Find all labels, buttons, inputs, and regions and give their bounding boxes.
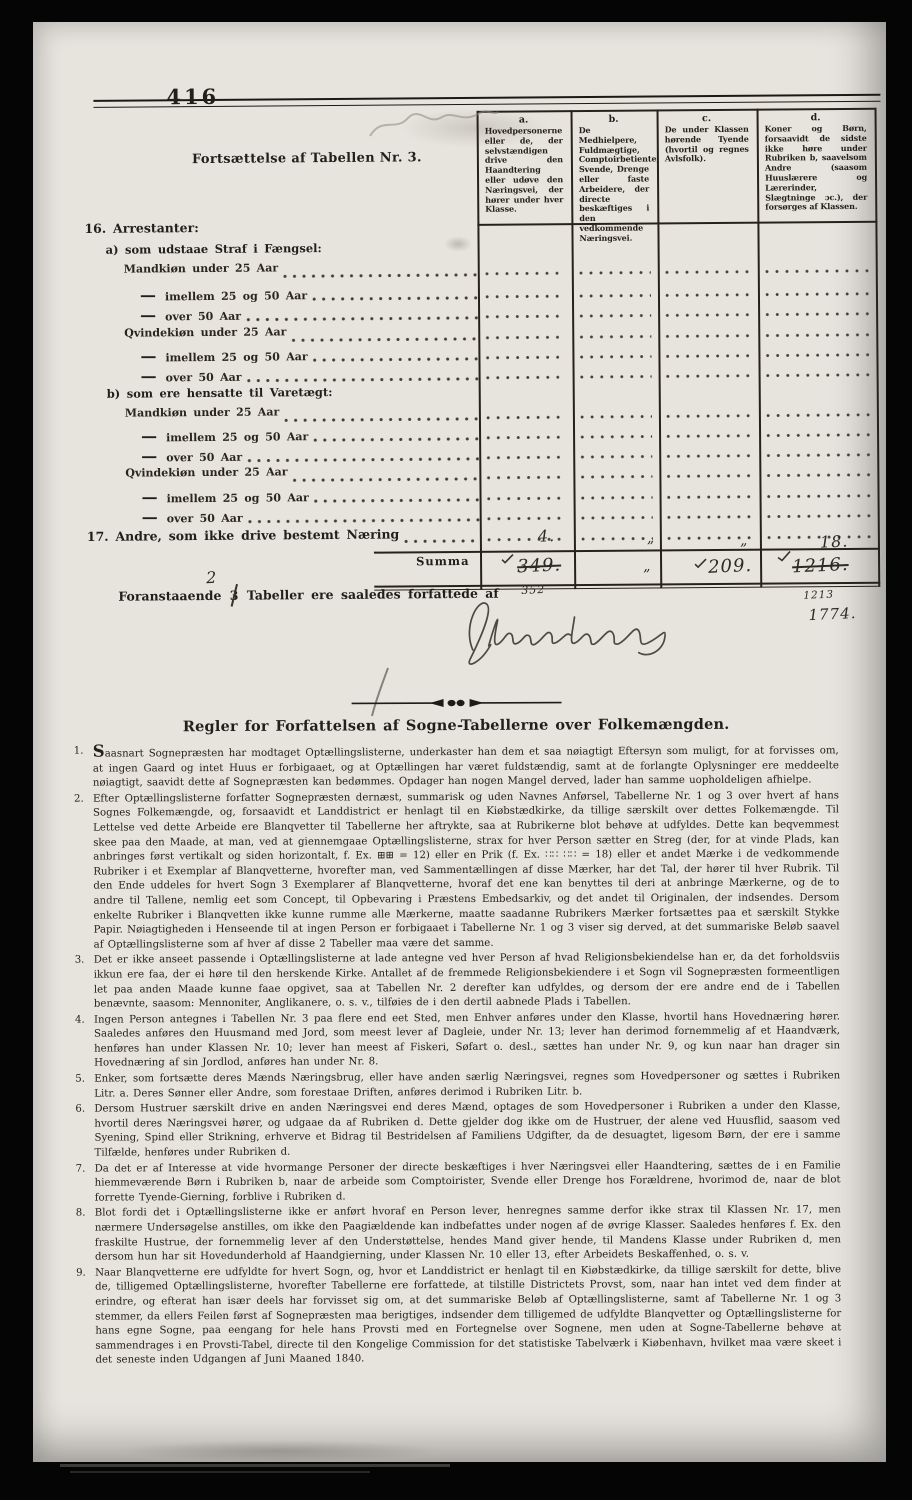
dotted-cell-fill — [667, 514, 753, 521]
dotted-cell-fill — [765, 352, 871, 359]
table-cell — [573, 402, 659, 423]
handwritten-sum-a-struck: 349. — [517, 554, 562, 577]
dotted-cell-fill — [581, 494, 653, 501]
ditto-dash: — — [142, 507, 158, 526]
table-cell — [658, 258, 758, 279]
table-cell — [479, 443, 573, 464]
table-cell — [658, 362, 758, 383]
table-cell — [478, 282, 572, 303]
paragraph-text: Naar Blanqvetterne ere udfyldte for hver… — [95, 1263, 841, 1368]
ditto-dash: — — [141, 366, 157, 385]
paragraph-number: 6. — [75, 1103, 85, 1118]
paragraph-text: Dersom Hustruer særskilt drive en anden … — [94, 1100, 840, 1162]
table-cell — [480, 504, 574, 525]
table-cell — [478, 302, 572, 323]
row-label: Qvindekiøn under 25 Aar — [125, 465, 292, 479]
dotted-cell-fill — [486, 454, 566, 461]
table-cell — [759, 461, 879, 482]
table-cell — [573, 462, 659, 483]
dotted-cell-fill — [665, 292, 751, 299]
paragraph-text: Da det er af Interesse at vide hvormange… — [95, 1159, 841, 1206]
table-cell — [479, 363, 573, 384]
dotted-cell-fill — [486, 474, 566, 481]
summa-label: Summa — [416, 554, 470, 568]
dotted-cell-fill — [766, 372, 872, 379]
pen-tick-icon — [777, 550, 792, 562]
dotted-cell-fill — [580, 453, 652, 460]
dotted-cell-fill — [579, 312, 651, 319]
table-cell — [659, 483, 759, 504]
row-label: Qvindekiøn under 25 Aar — [124, 325, 291, 339]
handwritten-grand-total: 1774. — [808, 604, 857, 624]
table-cell — [660, 503, 760, 524]
rule-paragraph: 3.Det er ikke anseet passende i Optællin… — [75, 951, 840, 1013]
table-cell — [659, 442, 759, 463]
dotted-leader — [314, 491, 480, 506]
column-header-b: b. De Medhielpere, Fuldmægtige, Comptoir… — [573, 112, 656, 221]
dotted-cell-fill — [580, 473, 652, 480]
ornament-divider — [74, 692, 839, 715]
row-label: imellem 25 og 50 Aar — [167, 491, 314, 505]
table-cell — [758, 321, 878, 342]
dotted-cell-fill — [666, 373, 752, 380]
table-cell — [572, 258, 658, 279]
dotted-cell-fill — [485, 313, 565, 320]
ditto-dash: — — [140, 305, 156, 324]
ditto-dash: — — [141, 487, 157, 506]
handwritten-correction-2: 2 — [206, 568, 218, 587]
handwritten-value-row17-a: 4. — [537, 526, 555, 546]
table-cell — [659, 422, 759, 443]
dotted-cell-fill — [665, 333, 751, 340]
table-cell — [658, 301, 758, 322]
dotted-cell-fill — [665, 269, 751, 276]
paragraph-text: Blot fordi det i Optællingslisterne ikke… — [95, 1204, 841, 1266]
table-cell — [479, 463, 573, 484]
dotted-cell-fill — [579, 270, 651, 277]
table-body: 16. Arrestanter:a) som udstaae Straf i F… — [0, 0, 910, 4]
table-cell — [572, 281, 658, 302]
row-label: over 50 Aar — [166, 371, 247, 385]
rule-paragraph: 4.Ingen Person antegnes i Tabellen Nr. 3… — [75, 1010, 840, 1072]
table-cell — [479, 484, 573, 505]
row-label: Mandkiøn under 25 Aar — [125, 405, 284, 419]
paragraph-number: 9. — [76, 1266, 86, 1281]
dotted-cell-fill — [486, 374, 566, 381]
handwritten-ditto-row17-c: „ — [740, 533, 749, 549]
dotted-cell-fill — [665, 312, 751, 319]
column-header-c: c. De under Klassen hørende Tyende (hvor… — [659, 112, 756, 221]
column-description: Koner og Børn, forsaavidt de sidste ikke… — [765, 124, 868, 213]
column-header-d: d. Koner og Børn, forsaavidt de sidste i… — [759, 111, 874, 220]
signature-handwriting — [450, 588, 671, 672]
table-cell — [659, 462, 759, 483]
dotted-cell-fill — [667, 494, 753, 501]
dotted-leader — [312, 289, 478, 304]
dotted-cell-fill — [767, 493, 873, 500]
row-label: over 50 Aar — [166, 451, 247, 465]
paragraph-text: Det er ikke anseet passende i Optællings… — [94, 951, 840, 1013]
dotted-cell-fill — [580, 433, 652, 440]
row-label: over 50 Aar — [167, 512, 248, 526]
table-cell — [758, 257, 878, 278]
table-cell — [572, 301, 658, 322]
dotted-cell-fill — [580, 373, 652, 380]
ditto-dash: — — [140, 346, 156, 365]
dotted-cell-fill — [765, 332, 871, 339]
table-cell — [759, 441, 879, 462]
paper-edge-shadow — [60, 1464, 450, 1467]
row-label: Mandkiøn under 25 Aar — [124, 261, 283, 275]
dotted-cell-fill — [486, 414, 566, 421]
dotted-cell-fill — [579, 353, 651, 360]
dotted-cell-fill — [580, 413, 652, 420]
handwritten-ditto-sum-b: „ — [643, 558, 652, 574]
handwritten-ditto-row17-b: „ — [647, 530, 656, 546]
dotted-cell-fill — [766, 472, 872, 479]
attestation-line: Foranstaaende 3 Tabeller ere saaledes fo… — [118, 586, 499, 604]
rule-paragraph: 7.Da det er af Interesse at vide hvorman… — [76, 1159, 841, 1206]
handwritten-sum-d-corrected: 1213 — [803, 589, 834, 602]
dotted-cell-fill — [767, 513, 873, 520]
dotted-leader — [313, 430, 479, 445]
paragraph-number: 4. — [75, 1013, 85, 1028]
pen-tick-icon — [694, 558, 707, 569]
handwritten-sum-c: 209. — [708, 555, 753, 578]
row-label-area: Mandkiøn under 25 Aar — [85, 260, 478, 283]
pen-tick-icon — [501, 554, 514, 565]
dotted-cell-fill — [487, 495, 567, 502]
dotted-leader — [404, 532, 480, 547]
table-cell — [758, 361, 878, 382]
table-cell — [479, 403, 573, 424]
row-label: 16. Arrestanter: — [84, 220, 203, 236]
column-letter: c. — [665, 113, 749, 125]
row-label: imellem 25 og 50 Aar — [165, 289, 312, 303]
table-cell — [572, 322, 658, 343]
table-cell — [478, 259, 572, 280]
rule-paragraph: 1.Saasnart Sognepræsten har modtaget Opt… — [74, 741, 839, 791]
dotted-cell-fill — [666, 453, 752, 460]
dotted-cell-fill — [579, 293, 651, 300]
dotted-cell-fill — [766, 412, 872, 419]
dotted-leader — [248, 511, 480, 527]
rules-paragraphs: 1.Saasnart Sognepræsten har modtaget Opt… — [74, 741, 842, 1368]
pencil-scribble — [362, 104, 502, 148]
row-label-area: 17. Andre, som ikke drive bestemt Næring — [87, 526, 480, 549]
table-cell — [573, 422, 659, 443]
paragraph-text: Saasnart Sognepræsten har modtaget Optæl… — [93, 741, 839, 791]
attestation-printed-number: 3 — [229, 588, 240, 603]
dotted-cell-fill — [666, 473, 752, 480]
dotted-leader — [283, 266, 478, 282]
dotted-leader — [284, 410, 479, 426]
table-cell — [758, 300, 878, 321]
paragraph-number: 7. — [76, 1162, 86, 1177]
row-label: b) som ere hensatte til Varetægt: — [107, 385, 338, 401]
table-cell — [573, 483, 659, 504]
paragraph-number: 1. — [74, 745, 84, 760]
table-cell — [658, 281, 758, 302]
table-line — [374, 548, 880, 554]
dotted-cell-fill — [581, 514, 653, 521]
dotted-cell-fill — [485, 270, 565, 277]
table-cell — [759, 401, 879, 422]
row-label: imellem 25 og 50 Aar — [166, 430, 313, 444]
dotted-cell-fill — [487, 515, 567, 522]
dotted-cell-fill — [765, 291, 871, 298]
dotted-cell-fill — [581, 535, 653, 542]
table-cell — [478, 323, 572, 344]
column-letter: d. — [765, 112, 867, 124]
dotted-cell-fill — [765, 311, 871, 318]
table-cell — [573, 442, 659, 463]
rules-section: Regler for Forfattelsen af Sogne-Tabelle… — [74, 692, 842, 1369]
paragraph-number: 2. — [74, 792, 84, 807]
dotted-cell-fill — [765, 268, 871, 275]
table-cell — [659, 402, 759, 423]
rule-paragraph: 2.Efter Optællingslisterne forfatter Sog… — [74, 789, 840, 953]
table-cell — [759, 482, 879, 503]
table-cell — [759, 421, 879, 442]
table-cell — [480, 525, 574, 546]
paragraph-number: 5. — [75, 1073, 85, 1088]
dotted-cell-fill — [665, 353, 751, 360]
dotted-leader — [246, 309, 478, 325]
paragraph-text: Efter Optællingslisterne forfatter Sogne… — [93, 789, 840, 953]
rule-paragraph: 8.Blot fordi det i Optællingslisterne ik… — [76, 1204, 841, 1266]
table-cell — [760, 502, 880, 523]
dotted-cell-fill — [485, 354, 565, 361]
column-description: De under Klassen hørende Tyende (hvortil… — [665, 125, 749, 165]
dotted-cell-fill — [579, 333, 651, 340]
table-title: Fortsættelse af Tabellen Nr. 3. — [187, 150, 427, 167]
paragraph-text: Enker, som fortsætte deres Mænds Nærings… — [94, 1069, 840, 1101]
rule-paragraph: 9.Naar Blanqvetterne ere udfyldte for hv… — [76, 1263, 841, 1368]
ditto-dash: — — [140, 285, 156, 304]
dotted-cell-fill — [666, 433, 752, 440]
table-cell — [478, 343, 572, 364]
rule-paragraph: 6.Dersom Hustruer særskilt drive en ande… — [75, 1100, 840, 1162]
dotted-cell-fill — [485, 334, 565, 341]
paragraph-number: 8. — [76, 1207, 86, 1222]
attestation-text-before: Foranstaaende — [118, 588, 221, 604]
paragraph-number: 3. — [75, 954, 85, 969]
table-cell — [479, 423, 573, 444]
ditto-dash: — — [141, 426, 157, 445]
row-label-area: —over 50 Aar — [85, 303, 478, 326]
dotted-cell-fill — [485, 293, 565, 300]
table-cell — [758, 280, 878, 301]
row-label-area: —over 50 Aar — [87, 505, 480, 528]
rules-heading: Regler for Forfattelsen af Sogne-Tabelle… — [74, 715, 839, 735]
table-cell — [658, 342, 758, 363]
paragraph-text: Ingen Person antegnes i Tabellen Nr. 3 p… — [94, 1010, 840, 1072]
dotted-leader — [293, 470, 480, 485]
dotted-leader — [313, 350, 479, 365]
table-cell — [572, 342, 658, 363]
handwritten-sum-d-struck: 1216. — [792, 554, 849, 577]
dotted-cell-fill — [666, 413, 752, 420]
column-letter: b. — [579, 114, 649, 126]
dotted-leader — [291, 330, 478, 345]
row-label: a) som udstaae Straf i Fængsel: — [106, 241, 327, 257]
rule-paragraph: 5.Enker, som fortsætte deres Mænds Nærin… — [75, 1069, 840, 1102]
paper-edge-shadow — [70, 1471, 370, 1473]
row-label: imellem 25 og 50 Aar — [165, 350, 312, 364]
handwritten-value-row17-d: 18. — [820, 531, 849, 551]
row-label-area: 16. Arrestanter: — [84, 218, 477, 241]
table-cell — [658, 322, 758, 343]
row-label-area: Qvindekiøn under 25 Aar — [86, 464, 479, 487]
ditto-dash: — — [141, 446, 157, 465]
table-cell — [572, 362, 658, 383]
table-cell — [574, 503, 660, 524]
dotted-cell-fill — [766, 432, 872, 439]
row-label: 17. Andre, som ikke drive bestemt Næring — [87, 526, 405, 543]
row-label: over 50 Aar — [165, 310, 246, 324]
table-cell — [758, 341, 878, 362]
page-number: 416 — [166, 84, 219, 109]
dotted-cell-fill — [766, 452, 872, 459]
dotted-cell-fill — [486, 434, 566, 441]
